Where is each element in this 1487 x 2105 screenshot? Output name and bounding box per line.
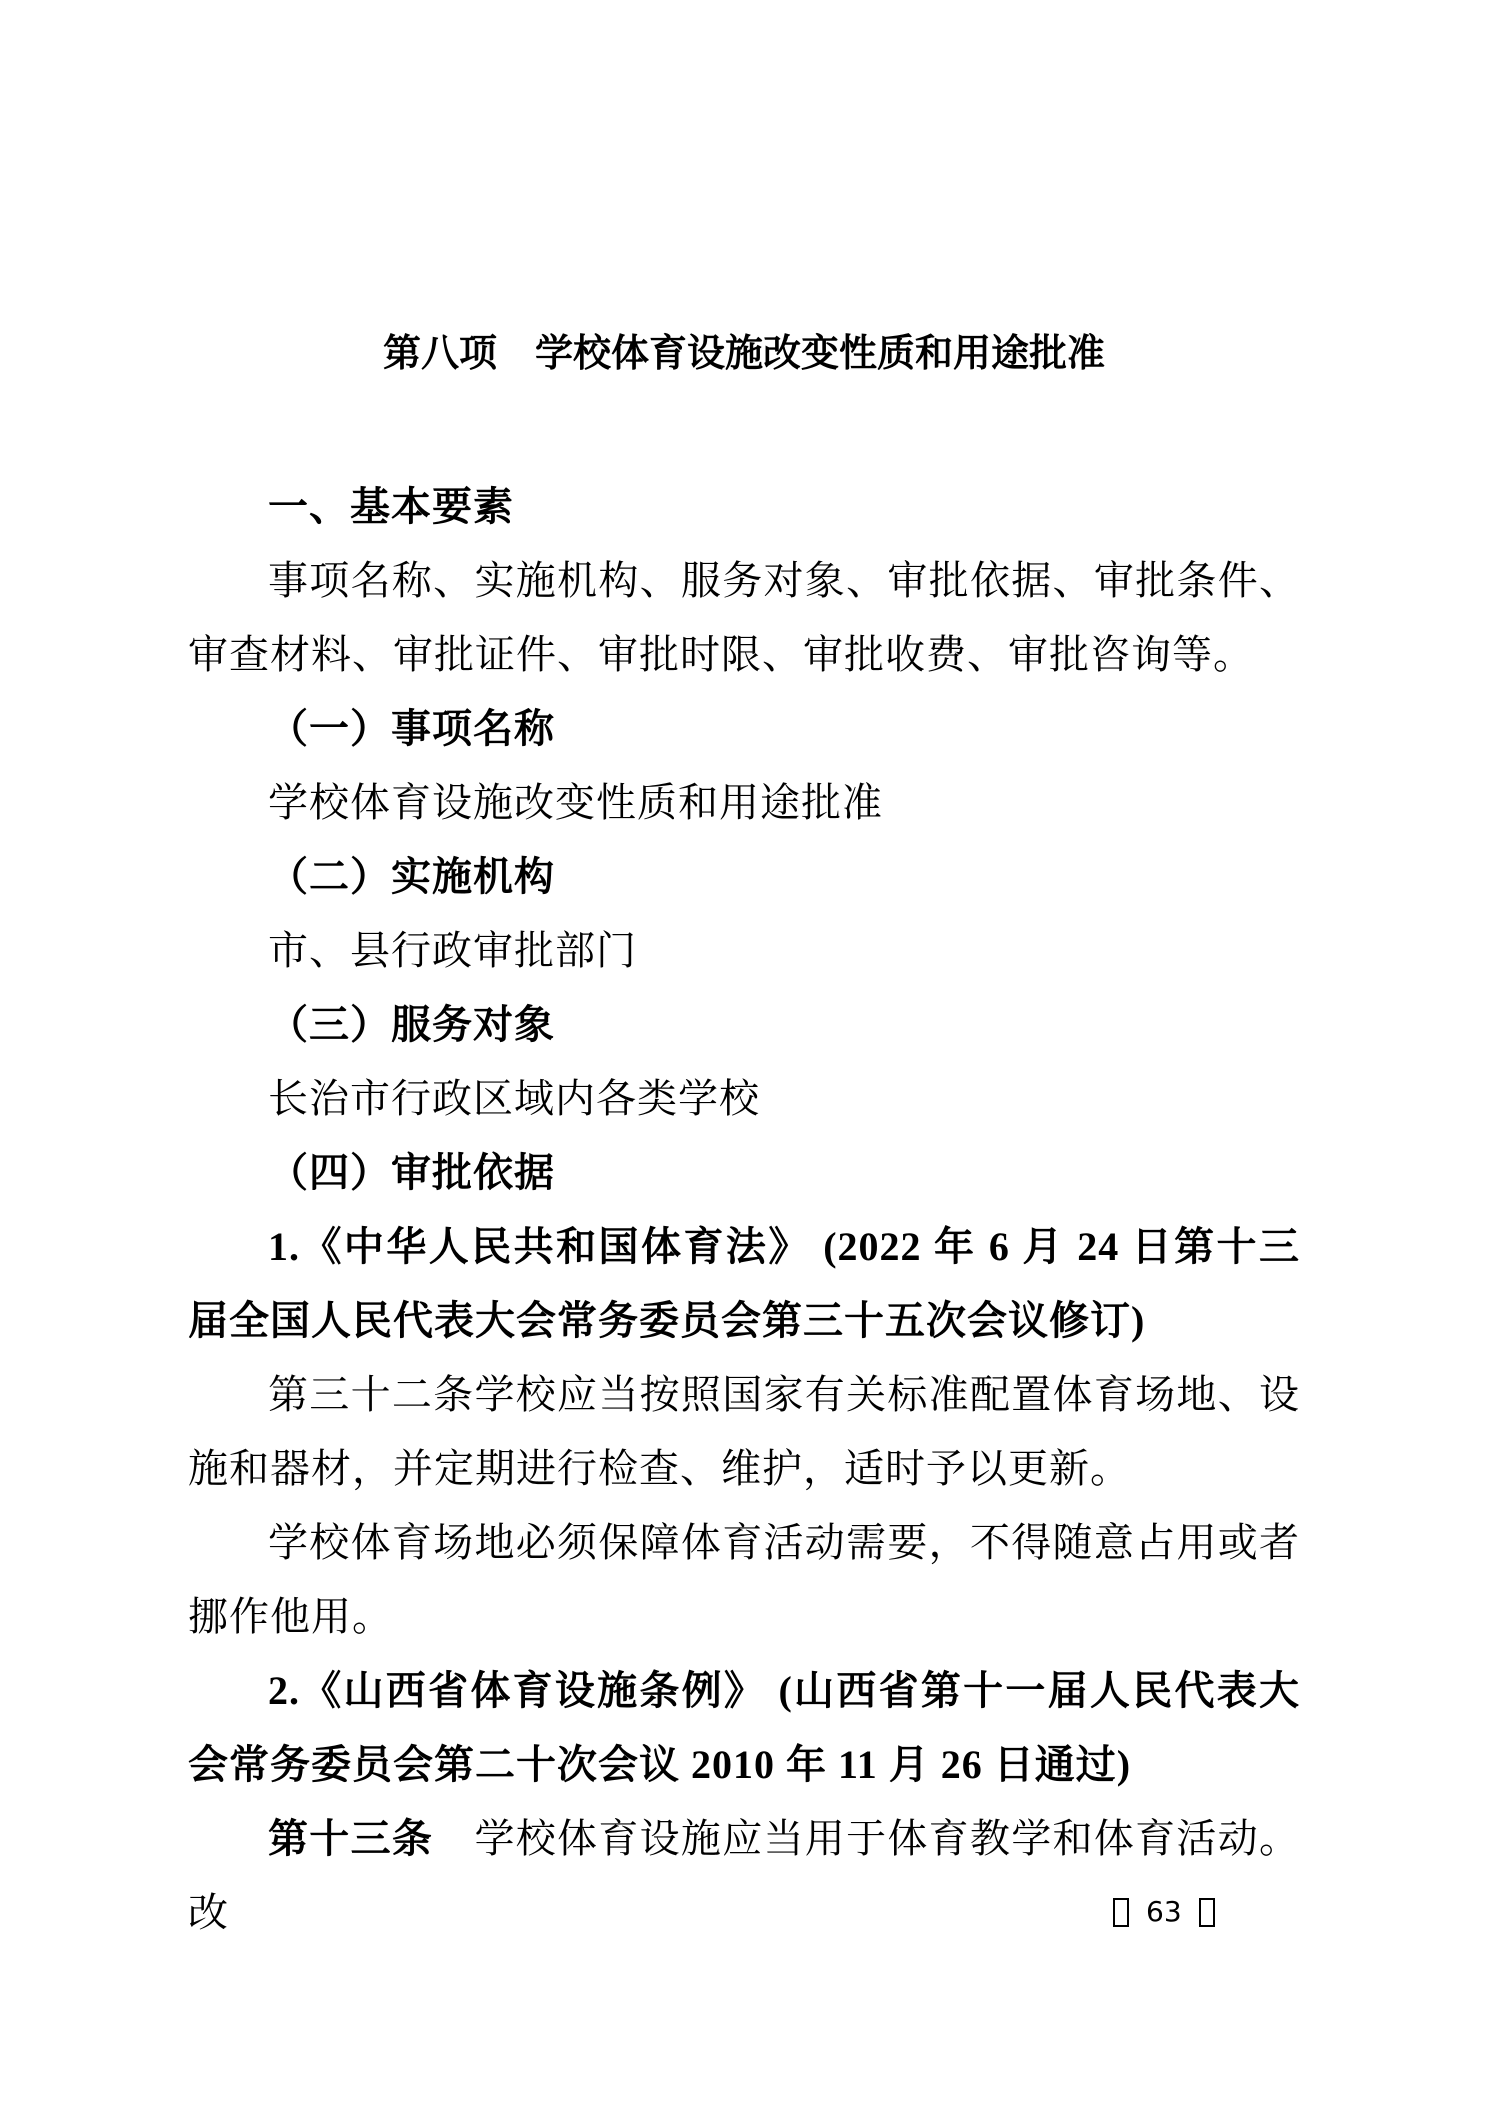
subheading-implementing-agency: （二）实施机构 bbox=[188, 840, 1300, 914]
document-page: 第八项 学校体育设施改变性质和用途批准 一、基本要素 事项名称、实施机构、服务对… bbox=[0, 0, 1487, 2105]
document-title: 第八项 学校体育设施改变性质和用途批准 bbox=[188, 330, 1300, 376]
page-number: 63 bbox=[1146, 1897, 1182, 1927]
paragraph-implementing-agency: 市、县行政审批部门 bbox=[188, 914, 1300, 988]
article-13-number: 第十三条 bbox=[268, 1816, 433, 1861]
paragraph-article-13: 第十三条 学校体育设施应当用于体育教学和体育活动。改 bbox=[188, 1802, 1300, 1950]
paragraph-basic-elements-list: 事项名称、实施机构、服务对象、审批依据、审批条件、审查材料、审批证件、审批时限、… bbox=[188, 544, 1300, 692]
document-body: 一、基本要素 事项名称、实施机构、服务对象、审批依据、审批条件、审查材料、审批证… bbox=[188, 470, 1300, 1950]
subheading-approval-basis: （四）审批依据 bbox=[188, 1136, 1300, 1210]
legal-item-sports-law: 1.《中华人民共和国体育法》 (2022 年 6 月 24 日第十三届全国人民代… bbox=[188, 1210, 1300, 1358]
section-heading-basic-elements: 一、基本要素 bbox=[188, 470, 1300, 544]
paragraph-item-name: 学校体育设施改变性质和用途批准 bbox=[188, 766, 1300, 840]
missing-glyph-box-left bbox=[1113, 1898, 1129, 1927]
page-footer: 63 bbox=[1113, 1897, 1215, 1927]
paragraph-field-protection: 学校体育场地必须保障体育活动需要，不得随意占用或者挪作他用。 bbox=[188, 1506, 1300, 1654]
paragraph-service-target: 长治市行政区域内各类学校 bbox=[188, 1062, 1300, 1136]
subheading-item-name: （一）事项名称 bbox=[188, 692, 1300, 766]
missing-glyph-box-right bbox=[1199, 1898, 1215, 1927]
legal-item-shanxi-regulation: 2.《山西省体育设施条例》 (山西省第十一届人民代表大会常务委员会第二十次会议 … bbox=[188, 1654, 1300, 1802]
subheading-service-target: （三）服务对象 bbox=[188, 988, 1300, 1062]
paragraph-article-32: 第三十二条学校应当按照国家有关标准配置体育场地、设施和器材，并定期进行检查、维护… bbox=[188, 1358, 1300, 1506]
